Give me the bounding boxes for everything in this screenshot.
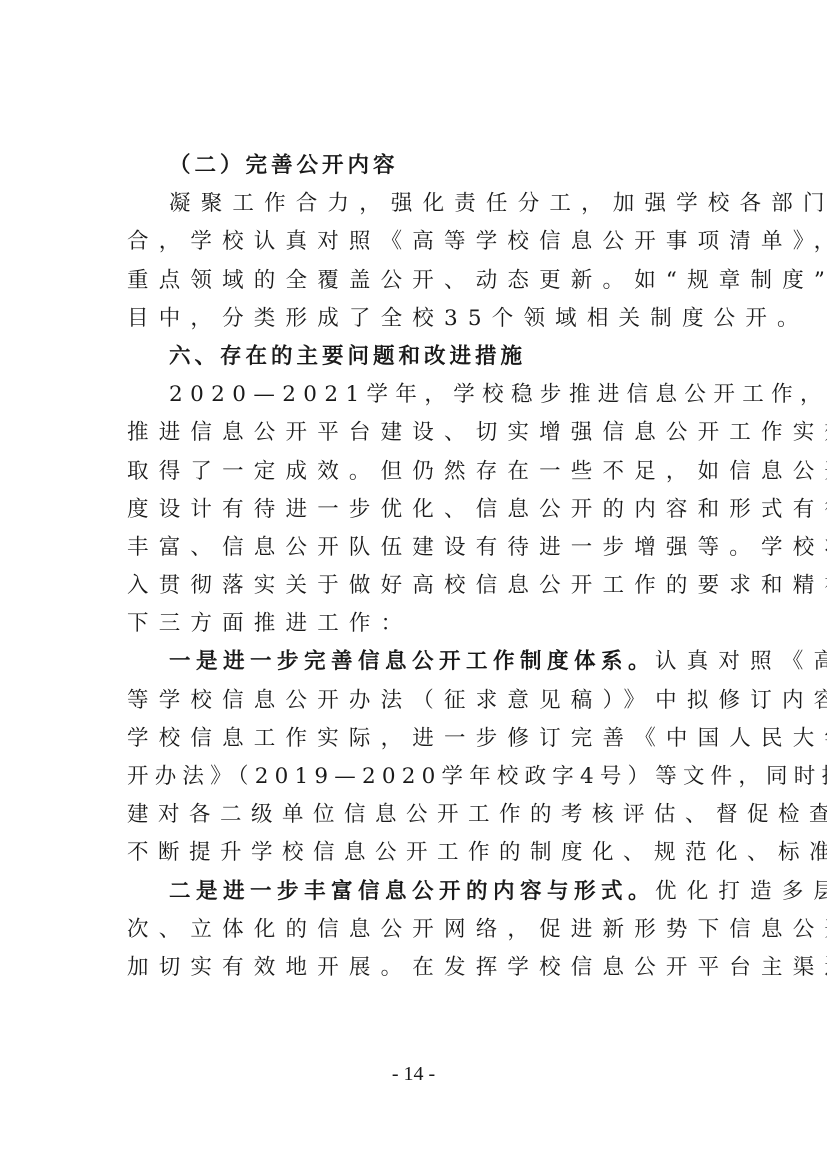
page-number: - 14 - [0,1063,827,1086]
paragraph-line: 入贯彻落实关于做好高校信息公开工作的要求和精神，从以 [127,567,702,605]
paragraph-line: 2020—2021学年，学校稳步推进信息公开工作，在持续 [127,376,702,414]
paragraph-line: 凝聚工作合力，强化责任分工，加强学校各部门沟通配 [127,185,702,223]
paragraph-line: 合，学校认真对照《高等学校信息公开事项清单》，实现对 [127,223,702,261]
section-heading-improve-content: （二）完善公开内容 [127,147,702,185]
paragraph-line: 目中，分类形成了全校35个领域相关制度公开。 [127,300,702,338]
paragraph-line: 次、立体化的信息公开网络，促进新形势下信息公开工作更 [127,911,702,949]
paragraph-line: 建对各二级单位信息公开工作的考核评估、督促检查等制度， [127,796,702,834]
paragraph-line: 开办法》（2019—2020学年校政字4号）等文件，同时探索构 [127,758,702,796]
paragraph-line: 下三方面推进工作： [127,605,702,643]
paragraph-line: 取得了一定成效。但仍然存在一些不足，如信息公开工作制 [127,453,702,491]
paragraph-text: 优化打造多层 [655,879,827,904]
paragraph-line-measure-one: 一是进一步完善信息公开工作制度体系。认真对照《高 [127,643,702,681]
paragraph-line: 重点领域的全覆盖公开、动态更新。如“规章制度”公开栏 [127,262,702,300]
paragraph-line: 学校信息工作实际，进一步修订完善《中国人民大学信息公 [127,720,702,758]
document-page: （二）完善公开内容 凝聚工作合力，强化责任分工，加强学校各部门沟通配 合，学校认… [127,147,702,987]
paragraph-line: 等学校信息公开办法（征求意见稿）》中拟修订内容，结合 [127,682,702,720]
section-heading-problems: 六、存在的主要问题和改进措施 [127,338,702,376]
paragraph-line: 推进信息公开平台建设、切实增强信息公开工作实效等方面 [127,414,702,452]
paragraph-line: 度设计有待进一步优化、信息公开的内容和形式有待进一步 [127,491,702,529]
bold-lead-measure-two: 二是进一步丰富信息公开的内容与形式。 [169,879,655,904]
paragraph-line: 加切实有效地开展。在发挥学校信息公开平台主渠道作用的 [127,949,702,987]
paragraph-text: 认真对照《高 [655,649,827,674]
bold-lead-measure-one: 一是进一步完善信息公开工作制度体系。 [169,649,655,674]
paragraph-line: 丰富、信息公开队伍建设有待进一步增强等。学校将继续深 [127,529,702,567]
paragraph-line-measure-two: 二是进一步丰富信息公开的内容与形式。优化打造多层 [127,873,702,911]
paragraph-line: 不断提升学校信息公开工作的制度化、规范化、标准化建设。 [127,834,702,872]
